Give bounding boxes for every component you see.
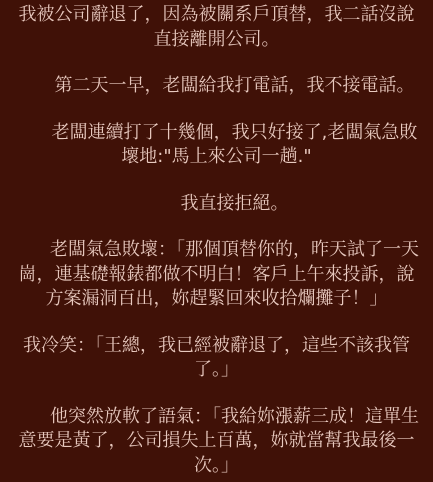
paragraph-refusal: 我直接拒絕。	[12, 192, 421, 217]
paragraph-cold-reply: 我冷笑：「王總，我已經被辭退了，這些不該我管了。」	[12, 334, 421, 383]
paragraph-boss-calls: 第二天一早，老闆給我打電話，我不接電話。	[12, 74, 421, 99]
story-page: 我被公司辭退了，因為被關系戶頂替，我二話沒說直接離開公司。 第二天一早，老闆給我…	[0, 0, 433, 482]
paragraph-raise-offer: 他突然放軟了語氣：「我給妳漲薪三成！這單生意要是黃了，公司損失上百萬，妳就當幫我…	[12, 405, 421, 479]
paragraph-boss-demands: 老闆連續打了十幾個，我只好接了,老闆氣急敗壞地:"馬上來公司一趟."	[12, 121, 421, 170]
paragraph-dismissed: 我被公司辭退了，因為被關系戶頂替，我二話沒說直接離開公司。	[12, 0, 421, 52]
paragraph-boss-complaint: 老闆氣急敗壞：「那個頂替你的，昨天試了一天崗，連基礎報錶都做不明白！客戶上午來投…	[12, 238, 421, 312]
